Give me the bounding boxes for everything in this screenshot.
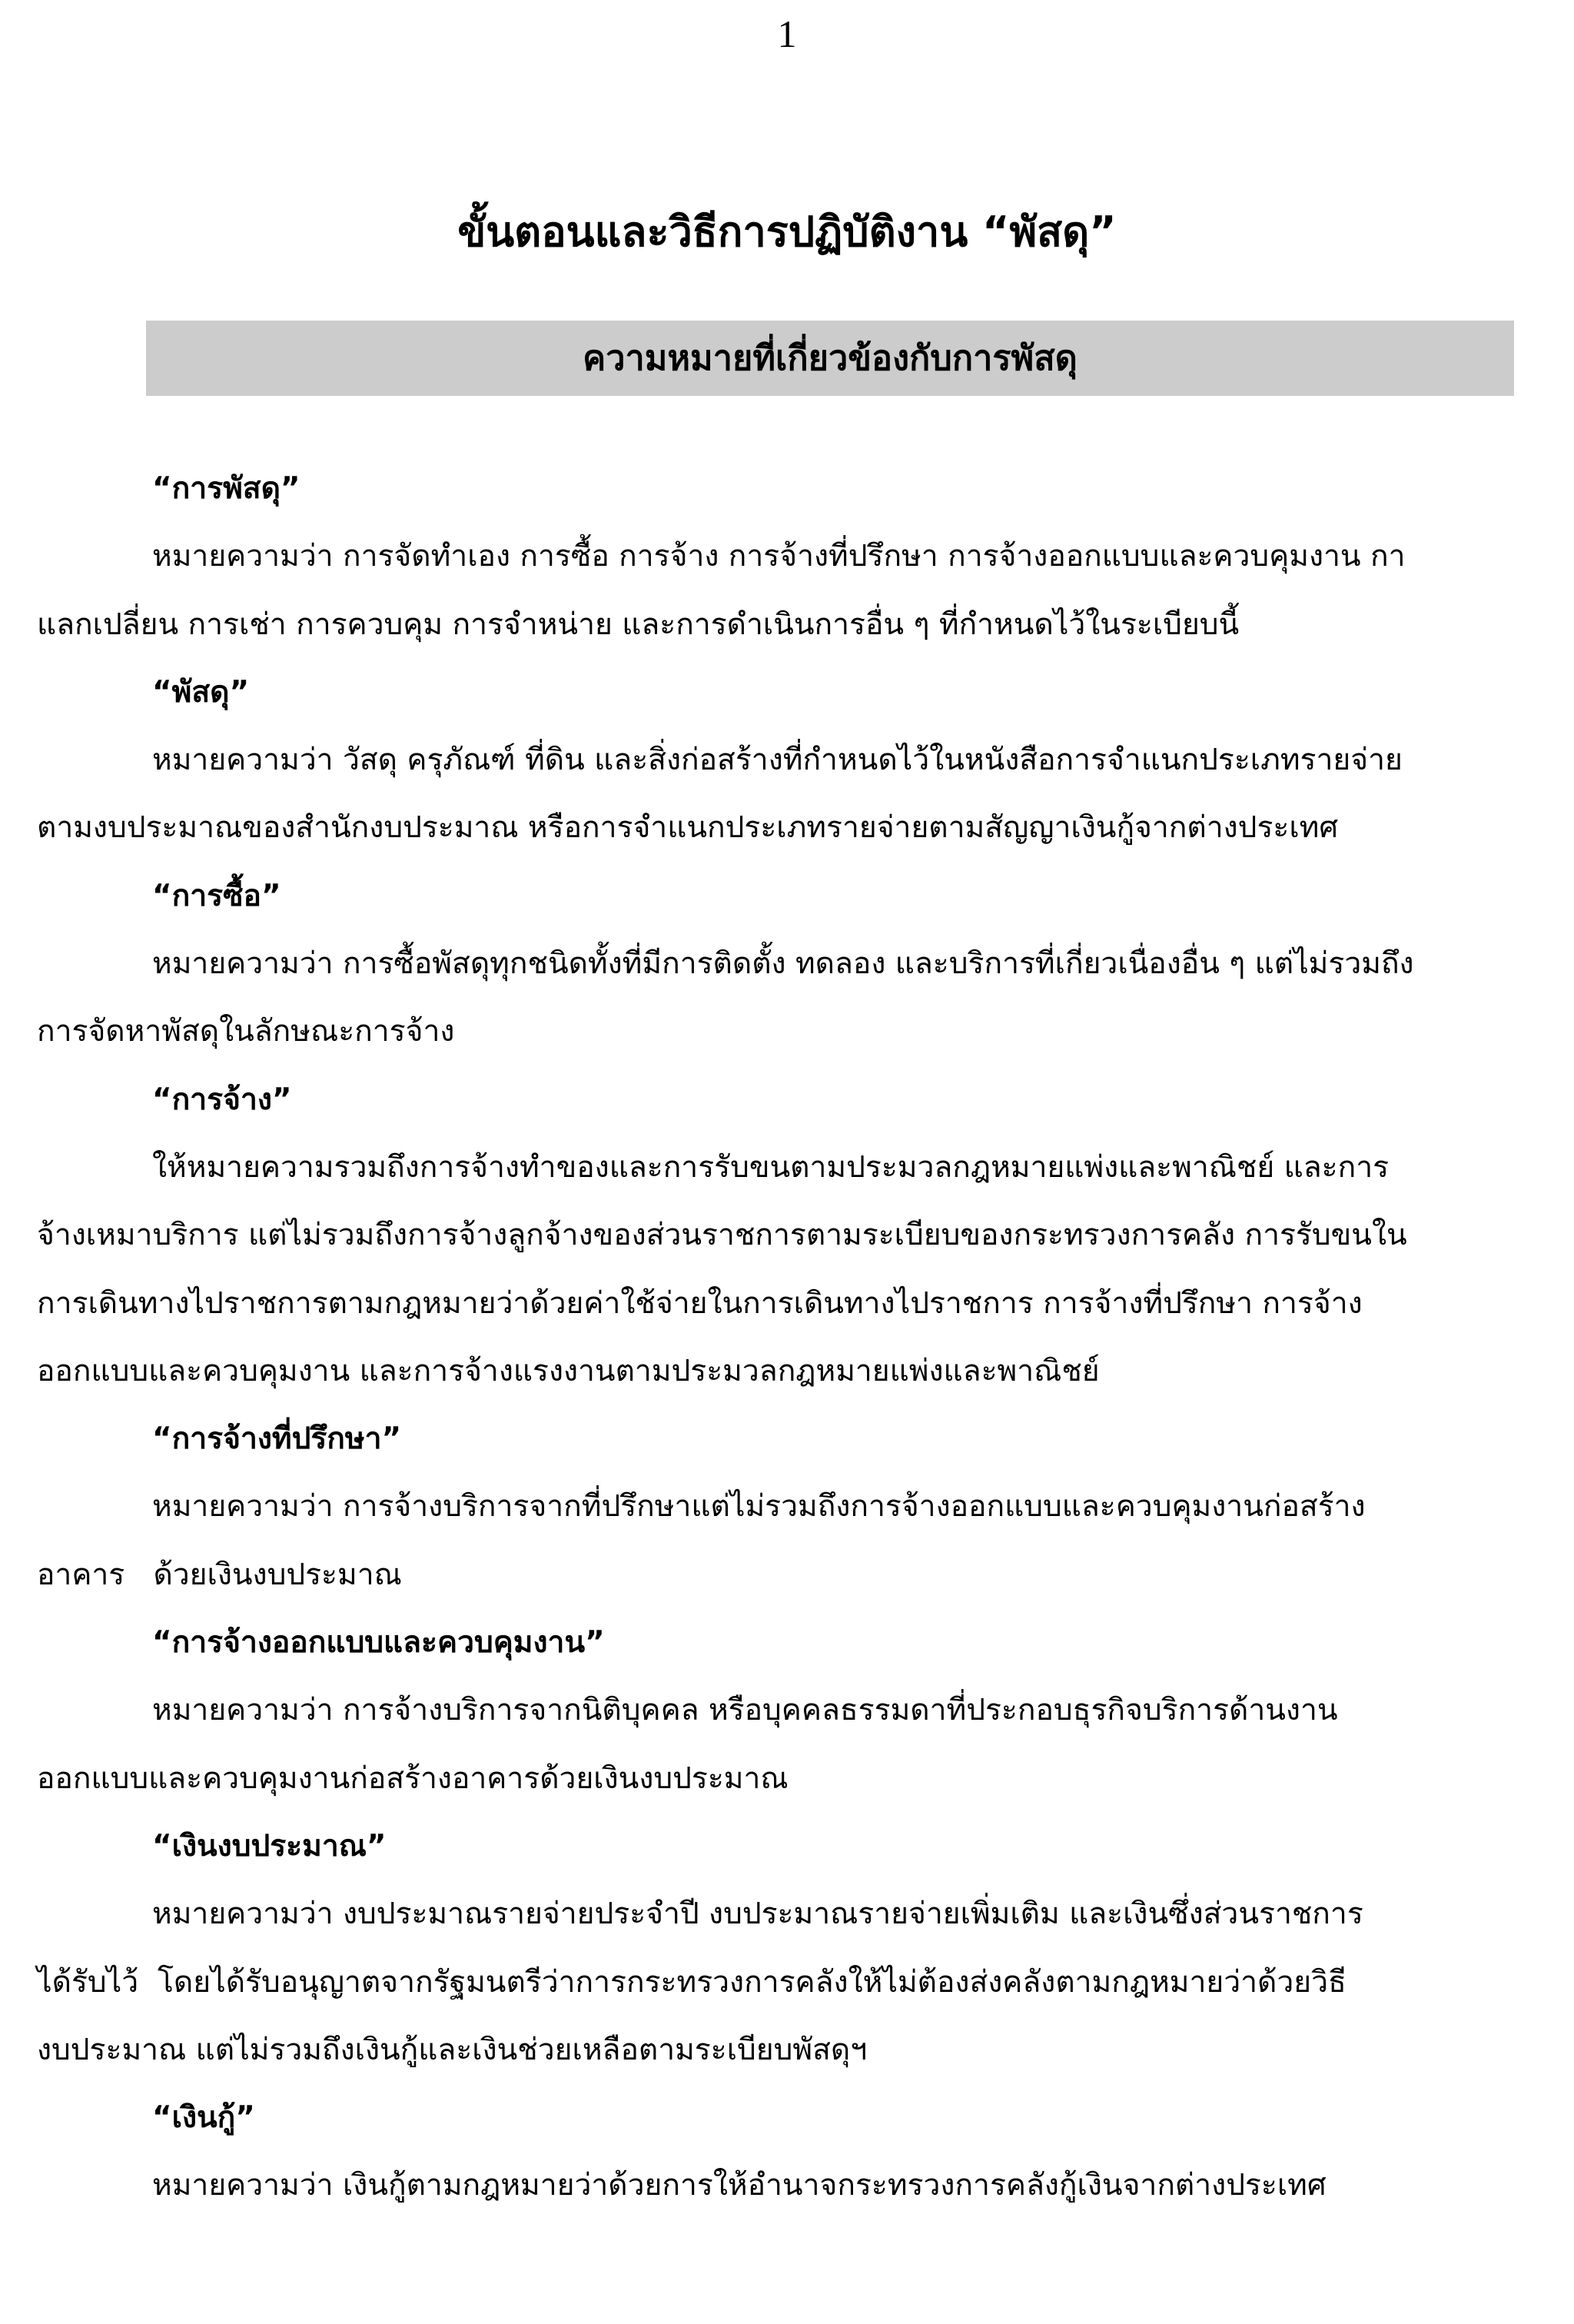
definition-text: ออกแบบและควบคุมงาน และการจ้างแรงงานตามปร… [37, 1338, 1543, 1405]
definition-text: หมายความว่า วัสดุ ครุภัณฑ์ ที่ดิน และสิ่… [37, 726, 1543, 794]
definition-text: การจัดหาพัสดุในลักษณะการจ้าง [37, 998, 1543, 1066]
definition-text: ได้รับไว้ โดยได้รับอนุญาตจากรัฐมนตรีว่าก… [37, 1949, 1543, 2016]
definition-term: “พัสดุ” [37, 659, 1543, 726]
definition-item: “พัสดุ” หมายความว่า วัสดุ ครุภัณฑ์ ที่ดิ… [37, 659, 1543, 863]
definition-term: “เงินกู้” [37, 2084, 1543, 2152]
document-title: ขั้นตอนและวิธีการปฏิบัติงาน “พัสดุ” [0, 201, 1574, 263]
definition-item: “การจ้างที่ปรึกษา” หมายความว่า การจ้างบร… [37, 1405, 1543, 1609]
definition-text: ออกแบบและควบคุมงานก่อสร้างอาคารด้วยเงินง… [37, 1745, 1543, 1813]
definition-text: ตามงบประมาณของสำนักงบประมาณ หรือการจำแนก… [37, 794, 1543, 862]
definition-text: หมายความว่า งบประมาณรายจ่ายประจำปี งบประ… [37, 1880, 1543, 1948]
definition-text: ให้หมายความรวมถึงการจ้างทำของและการรับขน… [37, 1134, 1543, 1202]
page-number: 1 [0, 11, 1574, 57]
definition-text: แลกเปลี่ยน การเช่า การควบคุม การจำหน่าย … [37, 591, 1543, 659]
definition-text: หมายความว่า การจัดทำเอง การซื้อ การจ้าง … [37, 523, 1543, 590]
definition-term: “เงินงบประมาณ” [37, 1813, 1543, 1880]
definition-term: “การซื้อ” [37, 863, 1543, 930]
definition-item: “เงินงบประมาณ” หมายความว่า งบประมาณรายจ่… [37, 1813, 1543, 2084]
definition-text: หมายความว่า การซื้อพัสดุทุกชนิดทั้งที่มี… [37, 930, 1543, 998]
definition-text: การเดินทางไปราชการตามกฎหมายว่าด้วยค่าใช้… [37, 1270, 1543, 1338]
definition-text: งบประมาณ แต่ไม่รวมถึงเงินกู้และเงินช่วยเ… [37, 2016, 1543, 2084]
section-heading: ความหมายที่เกี่ยวข้องกับการพัสดุ [583, 335, 1078, 381]
section-heading-bar: ความหมายที่เกี่ยวข้องกับการพัสดุ [146, 321, 1514, 396]
definitions-list: “การพัสดุ” หมายความว่า การจัดทำเอง การซื… [37, 455, 1543, 2220]
definition-term: “การจ้างที่ปรึกษา” [37, 1405, 1543, 1473]
definition-item: “การพัสดุ” หมายความว่า การจัดทำเอง การซื… [37, 455, 1543, 659]
definition-text: อาคาร ด้วยเงินงบประมาณ [37, 1541, 1543, 1609]
definition-text: จ้างเหมาบริการ แต่ไม่รวมถึงการจ้างลูกจ้า… [37, 1202, 1543, 1269]
definition-text: หมายความว่า การจ้างบริการจากที่ปรึกษาแต่… [37, 1473, 1543, 1541]
definition-item: “เงินกู้” หมายความว่า เงินกู้ตามกฎหมายว่… [37, 2084, 1543, 2220]
definition-term: “การจ้าง” [37, 1066, 1543, 1134]
definition-text: หมายความว่า การจ้างบริการจากนิติบุคคล หร… [37, 1677, 1543, 1744]
definition-term: “การพัสดุ” [37, 455, 1543, 523]
definition-item: “การจ้างออกแบบและควบคุมงาน” หมายความว่า … [37, 1609, 1543, 1813]
definition-text: หมายความว่า เงินกู้ตามกฎหมายว่าด้วยการให… [37, 2152, 1543, 2219]
definition-item: “การซื้อ” หมายความว่า การซื้อพัสดุทุกชนิ… [37, 863, 1543, 1066]
definition-term: “การจ้างออกแบบและควบคุมงาน” [37, 1609, 1543, 1677]
definition-item: “การจ้าง” ให้หมายความรวมถึงการจ้างทำของแ… [37, 1066, 1543, 1405]
